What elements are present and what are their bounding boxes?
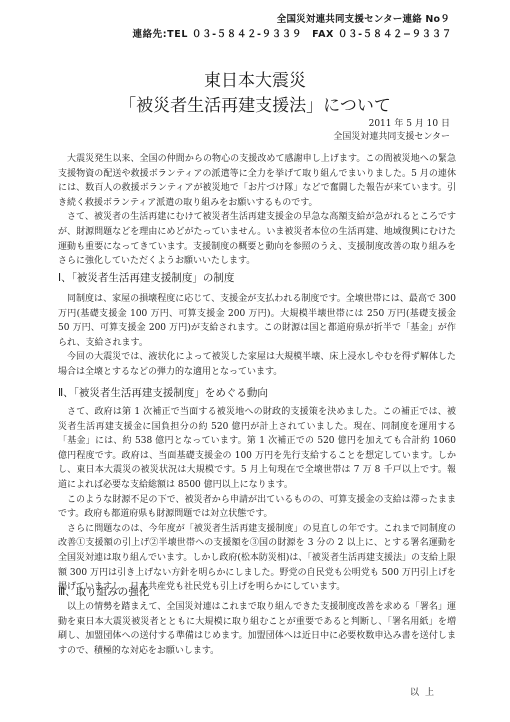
issuing-organization: 全国災対連共同支援センター (333, 129, 450, 142)
document-date: 2011 年 5 月 10 日 (369, 116, 450, 129)
section-2-text: さて、政府は第 1 次補正で当面する被災地への財政的支援策を決めました。この補正… (58, 405, 456, 595)
page-title-line2: 「被災者生活再建支援法」について (0, 91, 510, 116)
document-page: 全国災対連共同支援センター連絡 No９ 連絡先:TEL ０３-５８４２-９３３９… (0, 0, 510, 722)
bulletin-number: 全国災対連共同支援センター連絡 No９ (277, 11, 450, 25)
page-title-line1: 東日本大震災 (0, 66, 510, 91)
contact-info: 連絡先:TEL ０３-５８４２-９３３９ FAX ０３-５８４２−９３３７ (132, 26, 452, 40)
intro-paragraph: 大震災発生以来、全国の仲間からの物心の支援改めて感謝申し上げます。この間被災地へ… (58, 152, 456, 210)
section-paragraph: 以上の情勢を踏まえて、全国災対連はこれまで取り組んできた支援制度改善を求める「署… (58, 600, 456, 658)
section-3-text: 以上の情勢を踏まえて、全国災対連はこれまで取り組んできた支援制度改善を求める「署… (58, 600, 456, 658)
section-1-text: 同制度は、家屋の損壊程度に応じて、支援金が支払われる制度です。全壊世帯には、最高… (58, 292, 456, 380)
section-paragraph: さて、政府は第 1 次補正で当面する被災地への財政的支援策を決めました。この補正… (58, 405, 456, 493)
section-paragraph: このような財源不足の下で、被災者から申請が出ているものの、可算支援金の支給は滞っ… (58, 493, 456, 522)
intro-paragraph: さて、被災者の生活再建にむけて被災者生活再建支援金の早急な高額支給が急がれるとこ… (58, 210, 456, 268)
section-heading-2: Ⅱ、「被災者生活再建支援制度」をめぐる動向 (58, 385, 268, 400)
section-heading-1: Ⅰ、「被災者生活再建支援制度」の制度 (58, 270, 234, 285)
closing-remark: 以上 (410, 685, 440, 698)
section-paragraph: 今回の大震災では、液状化によって被災した家屋は大規模半壊、床上浸水しやむを得ず解… (58, 350, 456, 379)
section-heading-3: Ⅲ、取り組みの強化 (58, 584, 149, 599)
intro-text: 大震災発生以来、全国の仲間からの物心の支援改めて感謝申し上げます。この間被災地へ… (58, 152, 456, 269)
section-paragraph: 同制度は、家屋の損壊程度に応じて、支援金が支払われる制度です。全壊世帯には、最高… (58, 292, 456, 350)
